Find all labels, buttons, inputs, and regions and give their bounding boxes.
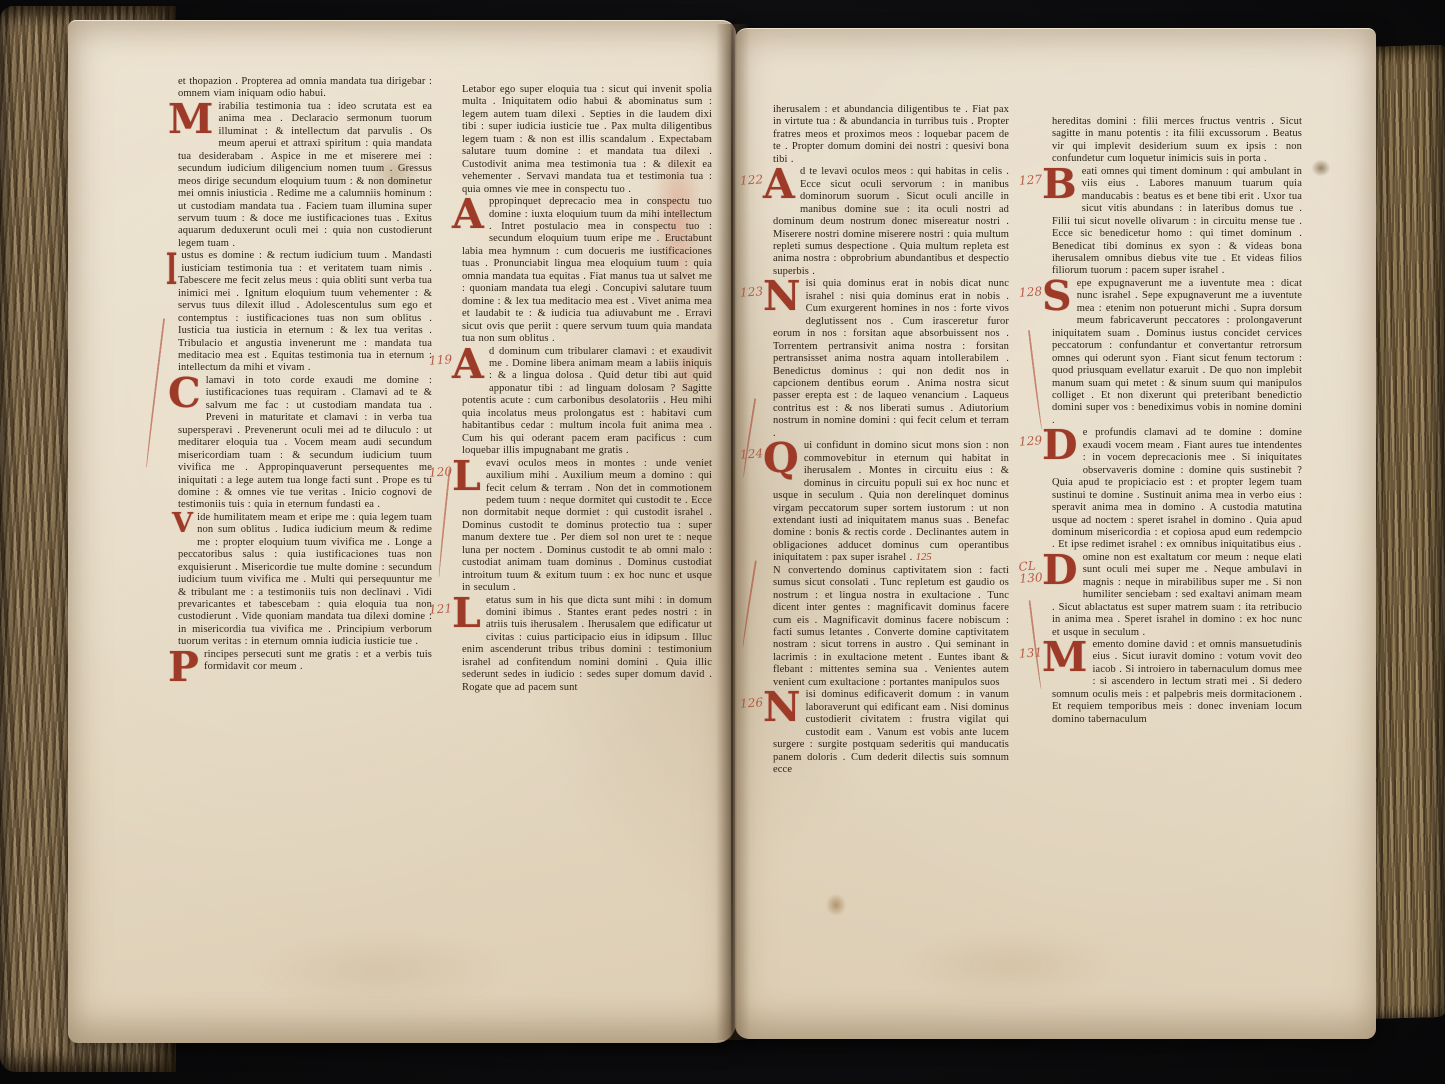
psalm-block: 131Memento domine david : et omnis mansu… — [1052, 639, 1302, 726]
gutter-crease-line — [731, 30, 733, 1030]
psalm-block: 129De profundis clamavi ad te domine : d… — [1052, 427, 1302, 552]
illuminated-initial: V — [172, 512, 197, 537]
margin-psalm-number: 126 — [740, 697, 764, 711]
inline-psalm-number: 125 — [912, 552, 931, 563]
psalm-block: Clamavi in toto corde exaudi me domine :… — [178, 375, 432, 512]
psalm-text: e profundis clamavi ad te domine : domin… — [1052, 427, 1302, 550]
psalm-block: Principes persecuti sunt me gratis : et … — [178, 649, 432, 674]
psalm-block: 121Letatus sum in his que dicta sunt mih… — [462, 595, 712, 695]
margin-psalm-number: 120 — [429, 465, 453, 479]
psalm-block: 123Nisi quia dominus erat in nobis dicat… — [773, 278, 1009, 440]
psalm-block: hereditas domini : filii merces fructus … — [1052, 116, 1302, 166]
text-column-2: Letabor ego super eloquia tua : sicut qu… — [462, 84, 712, 694]
psalm-text: ide humilitatem meam et eripe me : quia … — [178, 512, 432, 648]
psalm-block: 126Nisi dominus edificaverit domum : in … — [773, 689, 1009, 776]
illuminated-initial: A — [763, 166, 800, 204]
margin-psalm-number: CL 130 — [1018, 559, 1043, 585]
psalm-block: 122Ad te levavi oculos meos : qui habita… — [773, 166, 1009, 278]
psalm-text: epe expugnaverunt me a iuventute mea : d… — [1052, 278, 1302, 426]
margin-psalm-number: 121 — [429, 602, 453, 616]
psalm-text: N convertendo dominus captivitatem sion … — [773, 565, 1009, 688]
photo-background: et thopazion . Propterea ad omnia mandat… — [0, 0, 1445, 1084]
psalm-text: lamavi in toto corde exaudi me domine : … — [178, 375, 432, 511]
psalm-block: 119Ad dominum cum tribularer clamavi : e… — [462, 346, 712, 458]
illuminated-initial: B — [1042, 166, 1082, 204]
illuminated-initial: D — [1042, 552, 1083, 590]
margin-psalm-number: 119 — [429, 353, 453, 367]
psalm-block: et thopazion . Propterea ad omnia mandat… — [178, 76, 432, 101]
psalm-text: etatus sum in his que dicta sunt mihi : … — [462, 595, 712, 693]
illuminated-initial: M — [1042, 639, 1093, 677]
psalm-text: iherusalem : et abundancia diligentibus … — [773, 104, 1009, 165]
margin-psalm-number: 131 — [1019, 646, 1043, 660]
text-column-3: iherusalem : et abundancia diligentibus … — [773, 104, 1009, 776]
psalm-text: hereditas domini : filii merces fructus … — [1052, 116, 1302, 164]
psalm-text: d dominum cum tribularer clamavi : et ex… — [462, 346, 712, 457]
psalm-block: CL 130Domine non est exaltatum cor meum … — [1052, 552, 1302, 639]
psalm-block: 124Qui confidunt in domino sicut mons si… — [773, 440, 1009, 565]
psalm-block: 120Levavi oculos meos in montes : unde v… — [462, 458, 712, 595]
text-column-4: hereditas domini : filii merces fructus … — [1052, 116, 1302, 726]
illuminated-initial: L — [452, 458, 486, 496]
illuminated-initial: S — [1042, 278, 1077, 316]
psalm-text: et thopazion . Propterea ad omnia mandat… — [178, 76, 432, 99]
psalm-text: ppropinquet deprecacio mea in conspectu … — [462, 196, 712, 344]
illuminated-initial: L — [452, 595, 486, 633]
illuminated-initial: M — [168, 101, 219, 139]
psalm-text: evavi oculos meos in montes : unde venie… — [462, 458, 712, 594]
psalm-text: Letabor ego super eloquia tua : sicut qu… — [462, 84, 712, 195]
psalm-block: iherusalem : et abundancia diligentibus … — [773, 104, 1009, 166]
illuminated-initial: C — [168, 375, 206, 413]
psalm-block: Vide humilitatem meam et eripe me : quia… — [178, 512, 432, 649]
text-column-1: et thopazion . Propterea ad omnia mandat… — [178, 76, 432, 687]
psalm-text: ustus es domine : & rectum iudicium tuum… — [178, 250, 432, 373]
psalm-text: ui confidunt in domino sicut mons sion :… — [773, 440, 1009, 563]
psalm-block: Appropinquet deprecacio mea in conspectu… — [462, 196, 712, 345]
psalm-text: omine non est exaltatum cor meum : neque… — [1052, 552, 1302, 638]
illuminated-initial: A — [452, 196, 489, 234]
psalm-block: Letabor ego super eloquia tua : sicut qu… — [462, 84, 712, 196]
psalm-text: isi dominus edificaverit domum : in vanu… — [773, 689, 1009, 775]
psalm-block: Iustus es domine : & rectum iudicium tuu… — [178, 250, 432, 375]
illuminated-initial: I — [166, 250, 181, 291]
psalm-block: 128Sepe expugnaverunt me a iuventute mea… — [1052, 278, 1302, 427]
psalm-block: Mirabilia testimonia tua : ideo scrutata… — [178, 101, 432, 250]
psalm-text: rincipes persecuti sunt me gratis : et a… — [204, 649, 432, 672]
margin-psalm-number: 122 — [740, 173, 764, 187]
psalm-text: d te levavi oculos meos : qui habitas in… — [773, 166, 1009, 277]
margin-psalm-number: 129 — [1019, 435, 1043, 449]
psalm-text: isi quia dominus erat in nobis dicat nun… — [773, 278, 1009, 438]
margin-psalm-number: 127 — [1019, 173, 1043, 187]
illuminated-initial: N — [763, 278, 806, 316]
illuminated-initial: N — [763, 689, 806, 727]
margin-psalm-number: 123 — [740, 286, 764, 300]
illuminated-initial: P — [168, 649, 204, 687]
psalm-block: 127Beati omnes qui timent dominum : qui … — [1052, 166, 1302, 278]
margin-psalm-number: 124 — [740, 447, 764, 461]
psalm-text: eati omnes qui timent dominum : qui ambu… — [1052, 166, 1302, 277]
illuminated-initial: D — [1042, 427, 1083, 465]
illuminated-initial: A — [452, 346, 489, 384]
illuminated-initial: Q — [763, 440, 804, 478]
margin-psalm-number: 128 — [1019, 285, 1043, 299]
psalm-block: N convertendo dominus captivitatem sion … — [773, 565, 1009, 690]
